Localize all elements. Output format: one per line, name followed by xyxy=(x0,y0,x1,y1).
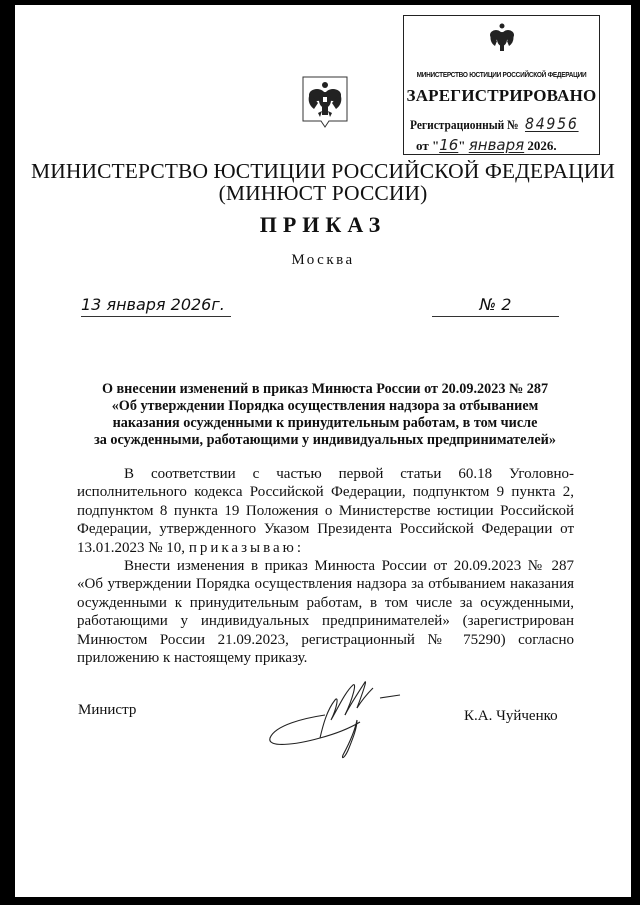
stamp-ministry-name: МИНИСТЕРСТВО ЮСТИЦИИ РОССИЙСКОЙ ФЕДЕРАЦИ… xyxy=(414,70,590,79)
stamp-date: от "16" января 2026. xyxy=(416,136,557,154)
signatory-name: К.А. Чуйченко xyxy=(464,708,558,725)
order-word: приказываю: xyxy=(189,540,304,556)
stamp-reg-label: Регистрационный № xyxy=(410,117,519,132)
stamp-date-suffix: . xyxy=(553,138,556,153)
subject-line: О внесении изменений в приказ Минюста Ро… xyxy=(75,381,575,398)
subject-line: наказания осужденными к принудительным р… xyxy=(75,415,575,432)
body-paragraph-2: Внести изменения в приказ Минюста России… xyxy=(77,557,574,667)
order-subject: О внесении изменений в приказ Минюста Ро… xyxy=(75,381,575,449)
signatory-title: Министр xyxy=(78,702,136,719)
subject-line: за осужденными, работающими у индивидуал… xyxy=(75,432,575,449)
stamp-date-day: 16 xyxy=(439,136,458,154)
order-date: 13 января 2026г. xyxy=(81,294,231,317)
stamp-registration-number: Регистрационный № 84956 xyxy=(410,114,582,133)
document-type-title: ПРИКАЗ xyxy=(15,212,631,238)
registration-stamp: МИНИСТЕРСТВО ЮСТИЦИИ РОССИЙСКОЙ ФЕДЕРАЦИ… xyxy=(403,15,600,155)
stamp-date-prefix: от " xyxy=(416,138,439,153)
stamp-date-quote: " xyxy=(458,138,465,153)
stamp-reg-number: 84956 xyxy=(521,114,582,133)
stamp-date-year: 2026 xyxy=(527,138,553,153)
city: Москва xyxy=(15,252,631,269)
document-page: МИНИСТЕРСТВО ЮСТИЦИИ РОССИЙСКОЙ ФЕДЕРАЦИ… xyxy=(15,5,631,897)
stamp-status: ЗАРЕГИСТРИРОВАНО xyxy=(404,86,599,106)
order-number: № 2 xyxy=(432,294,559,317)
handwritten-signature-icon xyxy=(265,670,425,785)
ministry-name: МИНИСТЕРСТВО ЮСТИЦИИ РОССИЙСКОЙ ФЕДЕРАЦИ… xyxy=(15,160,631,204)
stamp-date-month: января xyxy=(469,136,524,154)
ministry-name-line2: (МИНЮСТ РОССИИ) xyxy=(15,182,631,204)
body-paragraph-1: В соответствии с частью первой статьи 60… xyxy=(77,465,574,557)
stamp-coat-of-arms-icon xyxy=(487,22,517,54)
paragraph-1-text: В соответствии с частью первой статьи 60… xyxy=(77,466,574,556)
coat-of-arms-icon xyxy=(300,75,350,135)
subject-line: «Об утверждении Порядка осуществления на… xyxy=(75,398,575,415)
ministry-name-line1: МИНИСТЕРСТВО ЮСТИЦИИ РОССИЙСКОЙ ФЕДЕРАЦИ… xyxy=(15,160,631,182)
order-body: В соответствии с частью первой статьи 60… xyxy=(77,465,574,667)
